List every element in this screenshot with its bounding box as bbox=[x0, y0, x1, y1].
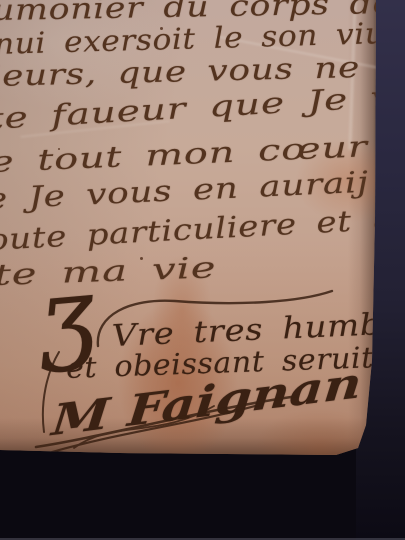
handwriting-line-8: te ma vie bbox=[0, 253, 217, 290]
framed-letter-photo: umonier du corps devile nui exersoit le … bbox=[0, 0, 405, 540]
letter-paper: umonier du corps devile nui exersoit le … bbox=[0, 0, 380, 458]
